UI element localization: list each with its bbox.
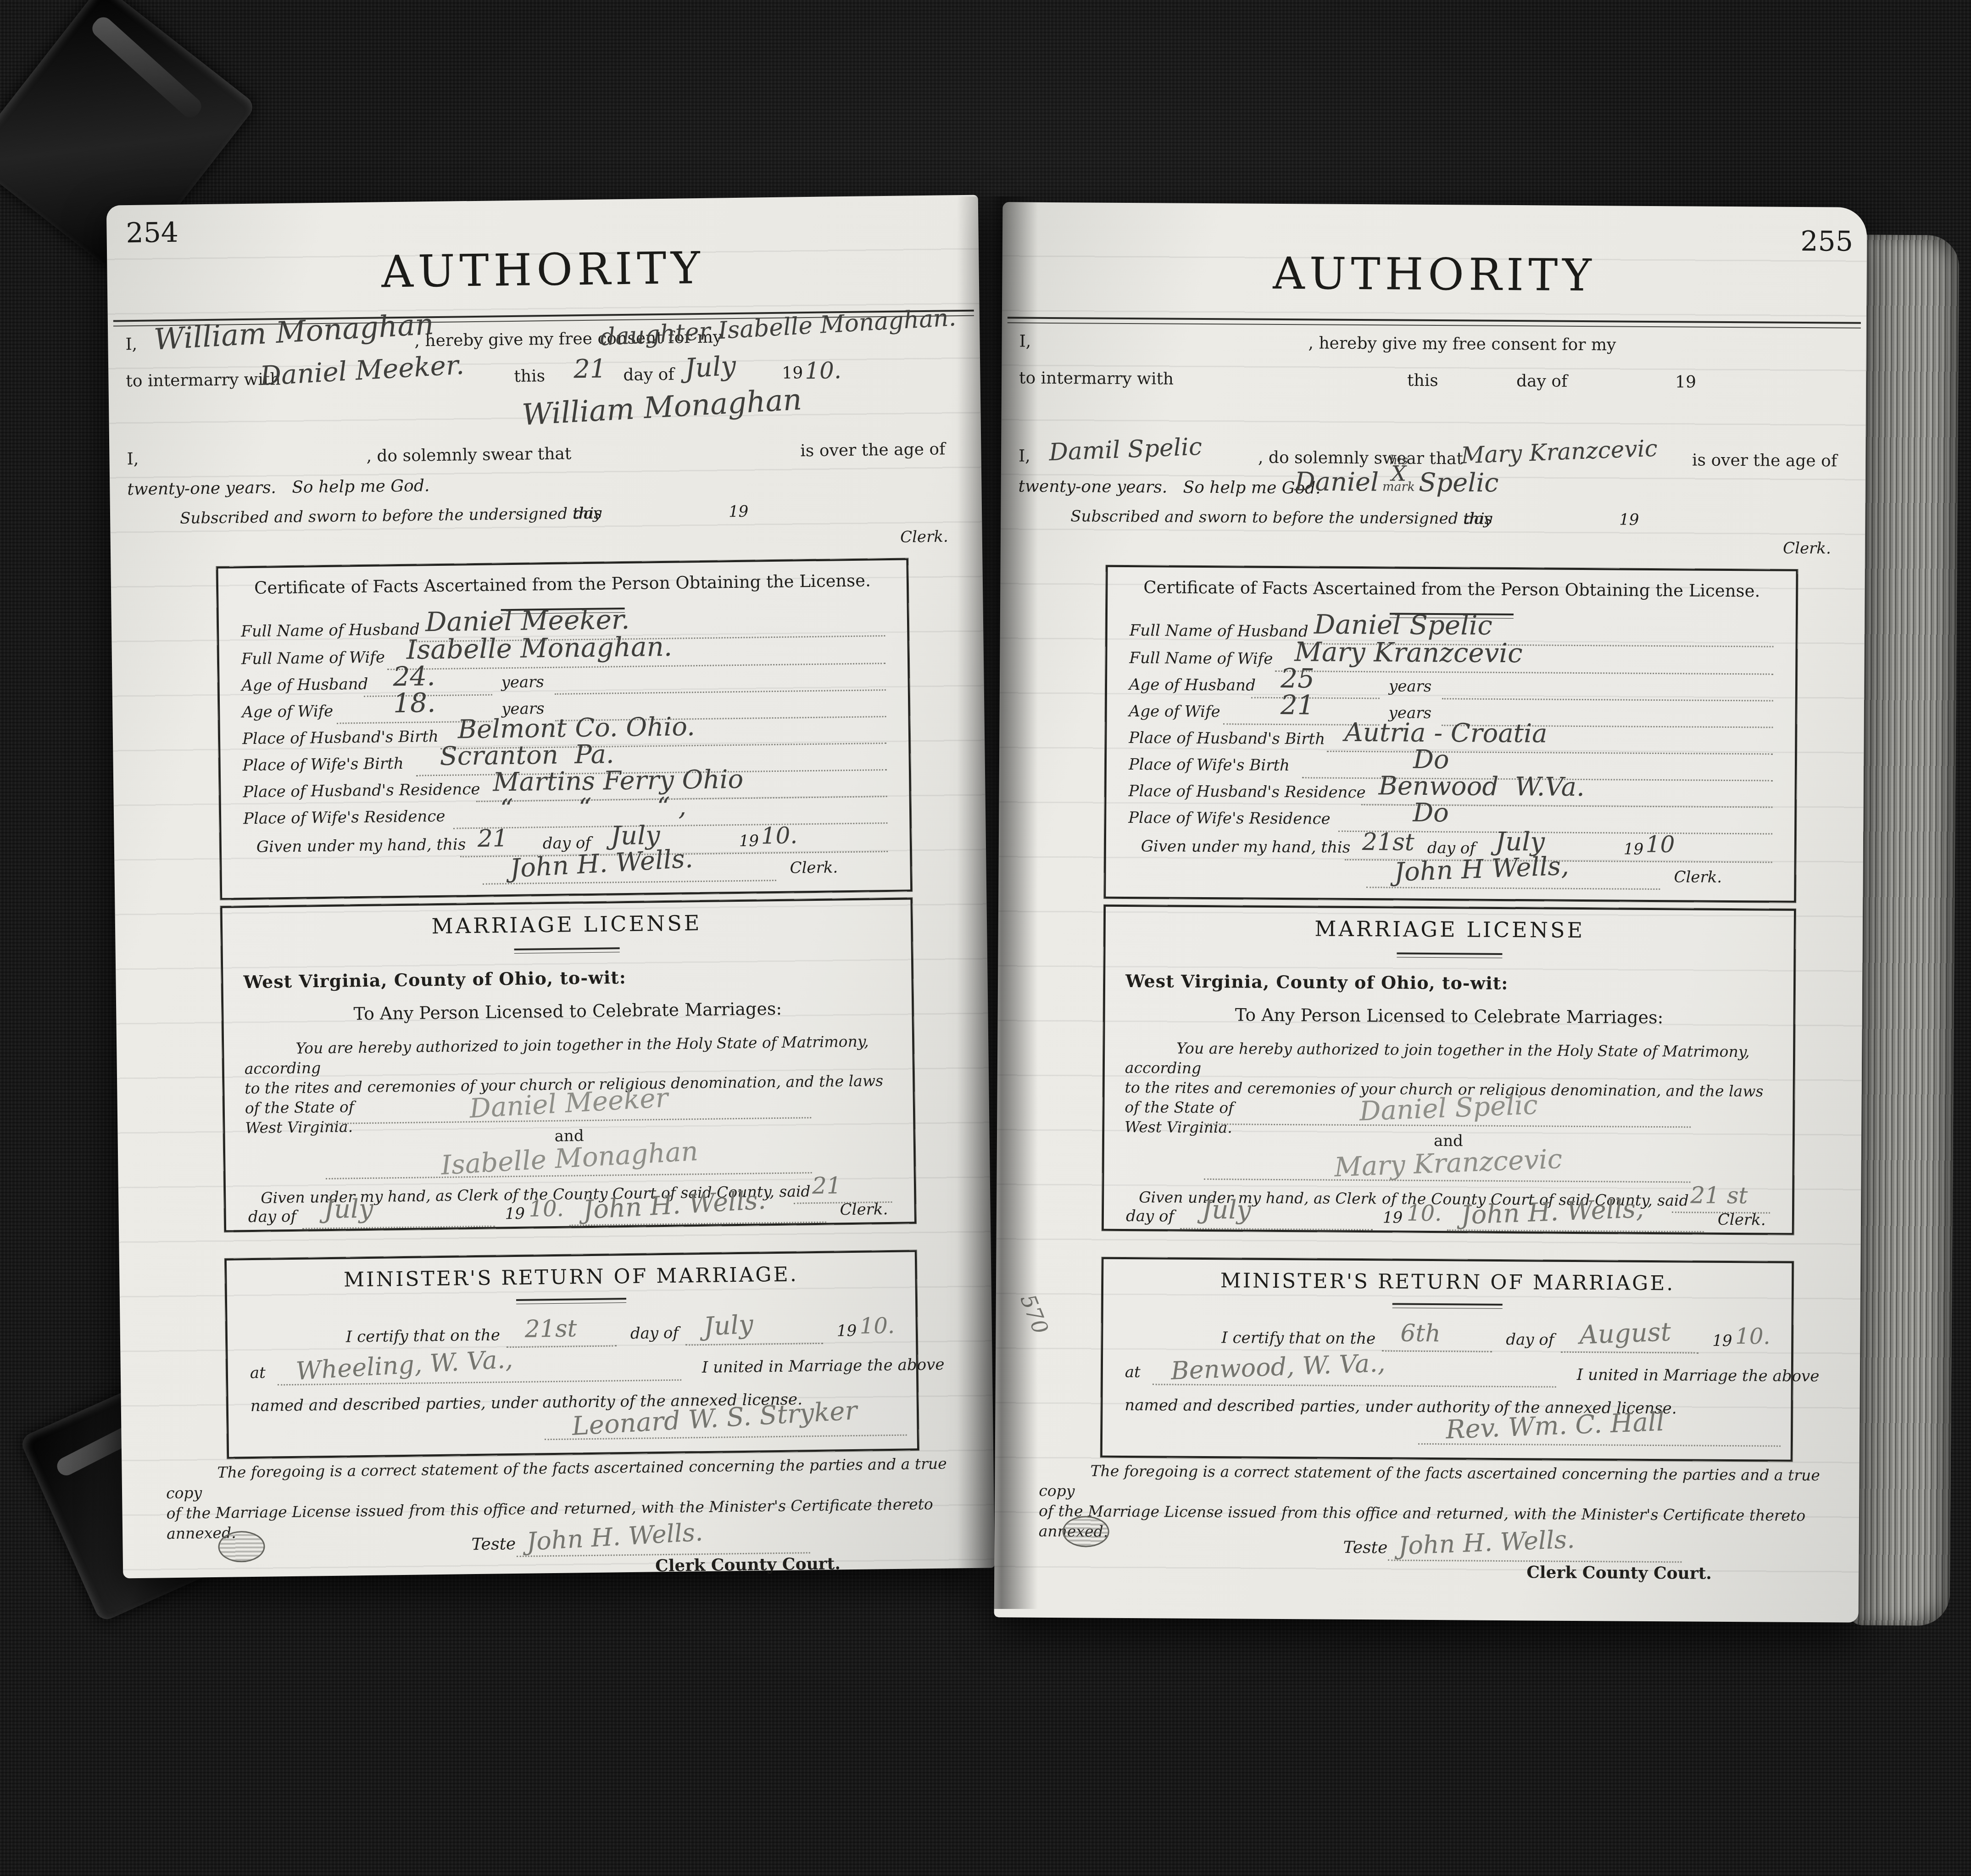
license-clerk-signature-handwriting: John H. Wells. [582,1185,767,1225]
ministers-title-rule [1392,1303,1503,1309]
certificate-of-facts-box: Certificate of Facts Ascertained from th… [216,558,912,899]
consent-signature-handwriting: William Monaghan [521,383,803,432]
dotted-line [1388,1559,1681,1563]
ministers-box-title: MINISTER'S RETURN OF MARRIAGE. [227,1261,915,1293]
mark-sig-first [403,465,404,495]
printed-day-of: day of [1516,372,1568,391]
clerk-line: Clerk. [1001,530,1865,558]
minister-year-handwriting: 10. [1735,1323,1771,1349]
license-year-handwriting: 10. [529,1196,564,1222]
ministers-title-rule [516,1298,626,1304]
mark-word: mark [1382,482,1415,492]
printed-19: 19 [729,502,749,521]
cert-clerk-signature-line: John H. Wells. Clerk. [244,844,888,888]
printed-west-virginia-county: West Virginia, County of Ohio, to-wit: [1125,971,1509,994]
printed-at: at [250,1364,266,1382]
certificate-of-facts-box: Certificate of Facts Ascertained from th… [1104,565,1798,903]
license-month-handwriting: July [1202,1195,1251,1225]
printed-19: 19 [505,1205,525,1223]
printed-clerk: Clerk. [790,858,838,877]
page-254: 254 AUTHORITY I, William Monaghan , here… [106,195,995,1579]
consent-month-handwriting: July [684,350,737,384]
license-box-title: MARRIAGE LICENSE [223,908,911,941]
page-number: 254 [126,217,178,249]
mark-sig-last: Spelic [1419,468,1499,498]
consent-day-handwriting: 21 [573,354,607,384]
printed-19: 19 [782,363,803,383]
license-month-handwriting: July [323,1194,373,1224]
printed-day-of: day of [630,1324,679,1343]
foregoing-line-1: The foregoing is a correct statement of … [1039,1461,1827,1506]
license-jurisdiction-line: West Virginia, County of Ohio, to-wit: [223,960,912,992]
subscribed-line: Subscribed and sworn to before the under… [1001,501,1865,530]
printed-subscribed: Subscribed and sworn to before the under… [1070,507,1492,528]
printed-this: this [1407,371,1438,390]
printed-united: I united in Marriage the above [1577,1366,1820,1385]
printed-clerk: Clerk. [1783,539,1831,558]
printed-clerk: Clerk. [1718,1211,1766,1229]
minister-signature-line: Rev. Wm. C. Hall [1125,1407,1769,1447]
minister-day-handwriting: 21st [524,1315,577,1343]
printed-clerk: Clerk. [1674,868,1722,887]
printers-union-emblem [1063,1516,1109,1547]
marriage-license-box: MARRIAGE LICENSE West Virginia, County o… [1102,905,1796,1235]
cert-clerk-signature-handwriting: John H. Wells. [509,844,694,884]
printed-day: day [1464,509,1492,528]
dotted-line [302,1226,495,1229]
printed-day-of: day of [248,1207,297,1226]
license-title-rule [514,947,620,954]
minister-day-handwriting: 6th [1400,1320,1441,1348]
consenter-name-handwriting: William Monaghan [153,307,435,357]
printed-certify: I certify that on the [1221,1329,1375,1348]
book-page-stack-edge [1849,234,1959,1625]
cert-clerk-signature-line: John H Wells, Clerk. [1128,851,1772,891]
teste-line: Teste John H. Wells. [994,1524,1859,1564]
minister-place-handwriting: Benwood, W. Va., [1170,1348,1386,1385]
printed-day-of: day of [623,365,674,385]
mark-signature-block [403,465,411,495]
license-addressee: To Any Person Licensed to Celebrate Marr… [1105,1004,1793,1028]
printed-i: I, [125,335,137,354]
printed-west-virginia-county: West Virginia, County of Ohio, to-wit: [243,967,626,992]
printed-day-of: day of [1506,1330,1554,1349]
his-mark-column: hisXmark [1382,455,1415,492]
consent-line-1: I, William Monaghan , hereby give my fre… [108,305,980,354]
printed-19: 19 [1383,1208,1403,1227]
ministers-return-box: MINISTER'S RETURN OF MARRIAGE. I certify… [225,1250,919,1458]
license-jurisdiction-line: West Virginia, County of Ohio, to-wit: [1105,967,1793,995]
ministers-box-title: MINISTER'S RETURN OF MARRIAGE. [1103,1268,1792,1296]
license-clerk-signature-handwriting: John H. Wells, [1460,1194,1644,1230]
printed-day-of: day of [1126,1207,1174,1226]
printed-teste: Teste [1343,1538,1387,1558]
marriage-license-box: MARRIAGE LICENSE West Virginia, County o… [220,898,916,1232]
clamp-highlight [89,13,205,121]
relation-handwriting: daughter Isabelle Monaghan. [599,304,957,351]
minister-certify-line: I certify that on the 6th day of August … [1125,1314,1769,1354]
printed-19: 19 [1675,373,1696,391]
clerk-line: Clerk. [111,523,982,556]
license-addressee: To Any Person Licensed to Celebrate Marr… [223,997,912,1025]
printed-teste: Teste [471,1535,516,1554]
printed-19: 19 [837,1322,857,1340]
minister-month-handwriting: July [703,1309,754,1342]
minister-month-handwriting: August [1579,1317,1671,1350]
minister-signature-handwriting: Rev. Wm. C. Hall [1445,1407,1665,1445]
license-groom-line: Daniel Spelic [1126,1089,1771,1131]
mark-sig-first: Daniel [1295,467,1379,497]
license-year-handwriting: 10. [1407,1200,1442,1226]
cert-clerk-signature-handwriting: John H Wells, [1393,851,1569,888]
license-box-title: MARRIAGE LICENSE [1106,915,1794,944]
license-groom-line: Daniel Meeker [246,1083,891,1128]
dotted-line [1447,1229,1704,1232]
page-title: AUTHORITY [1002,246,1867,303]
printed-consent-text: , hereby give my free consent for my [1308,334,1616,354]
printed-i: I, [1019,332,1031,351]
printed-19: 19 [1619,510,1639,529]
teste-signature-handwriting: John H. Wells. [1398,1525,1576,1560]
printed-clerk: Clerk. [900,527,948,546]
mark-signature-block: DanielhisXmarkSpelic [1295,455,1499,498]
scanned-marriage-register: 254 AUTHORITY I, William Monaghan , here… [0,0,1971,1876]
license-title-rule [1397,953,1502,958]
cert-residence-wife-handwriting: Do [1413,798,1449,828]
consent-signature-line [1001,385,1866,437]
printed-certify: I certify that on the [346,1326,500,1346]
teste-signature-handwriting: John H. Wells. [526,1518,704,1556]
license-date-clerk-line: day of July 19 10. John H. Wells. Clerk. [248,1186,892,1230]
printed-united: I united in Marriage the above [702,1356,945,1377]
minister-place-handwriting: Wheeling, W. Va., [295,1345,513,1385]
certificate-box-title: Certificate of Facts Ascertained from th… [1108,577,1796,601]
printed-this: this [514,367,545,386]
printed-twentyone: twenty-one years. So help me God. [127,476,429,499]
minister-signature-line: Leonard W. S. Stryker [251,1400,895,1444]
subscribed-line: Subscribed and sworn to before the under… [110,494,982,528]
printed-19: 19 [1712,1332,1732,1350]
printed-at: at [1125,1363,1141,1381]
minister-year-handwriting: 10. [859,1313,895,1339]
dotted-line [1180,1228,1373,1231]
consent-line-1: I, , hereby give my free consent for my [1002,312,1866,356]
margin-annotation: 570 [1015,1291,1053,1338]
page-255: 255 AUTHORITY I, , hereby give my free c… [994,202,1867,1622]
ministers-return-box: MINISTER'S RETURN OF MARRIAGE. I certify… [1101,1257,1794,1462]
license-date-clerk-line: day of July 19 10. John H. Wells, Clerk. [1126,1193,1770,1233]
printed-subscribed: Subscribed and sworn to before the under… [180,504,602,528]
dotted-line [1366,887,1660,890]
certificate-box-title: Certificate of Facts Ascertained from th… [218,570,907,598]
printed-twentyone: twenty-one years. So help me God. [1019,477,1321,497]
printed-day: day [573,504,602,523]
clerk-county-court-label: Clerk County Court. [1526,1563,1712,1583]
authorization-line-1: You are hereby authorized to join togeth… [1125,1038,1773,1082]
oath-line-2: twenty-one years. So help me God. Daniel… [1001,457,1865,501]
printed-clerk: Clerk. [840,1200,888,1219]
page-title: AUTHORITY [107,239,979,301]
clerk-county-court-label: Clerk County Court. [655,1554,841,1575]
